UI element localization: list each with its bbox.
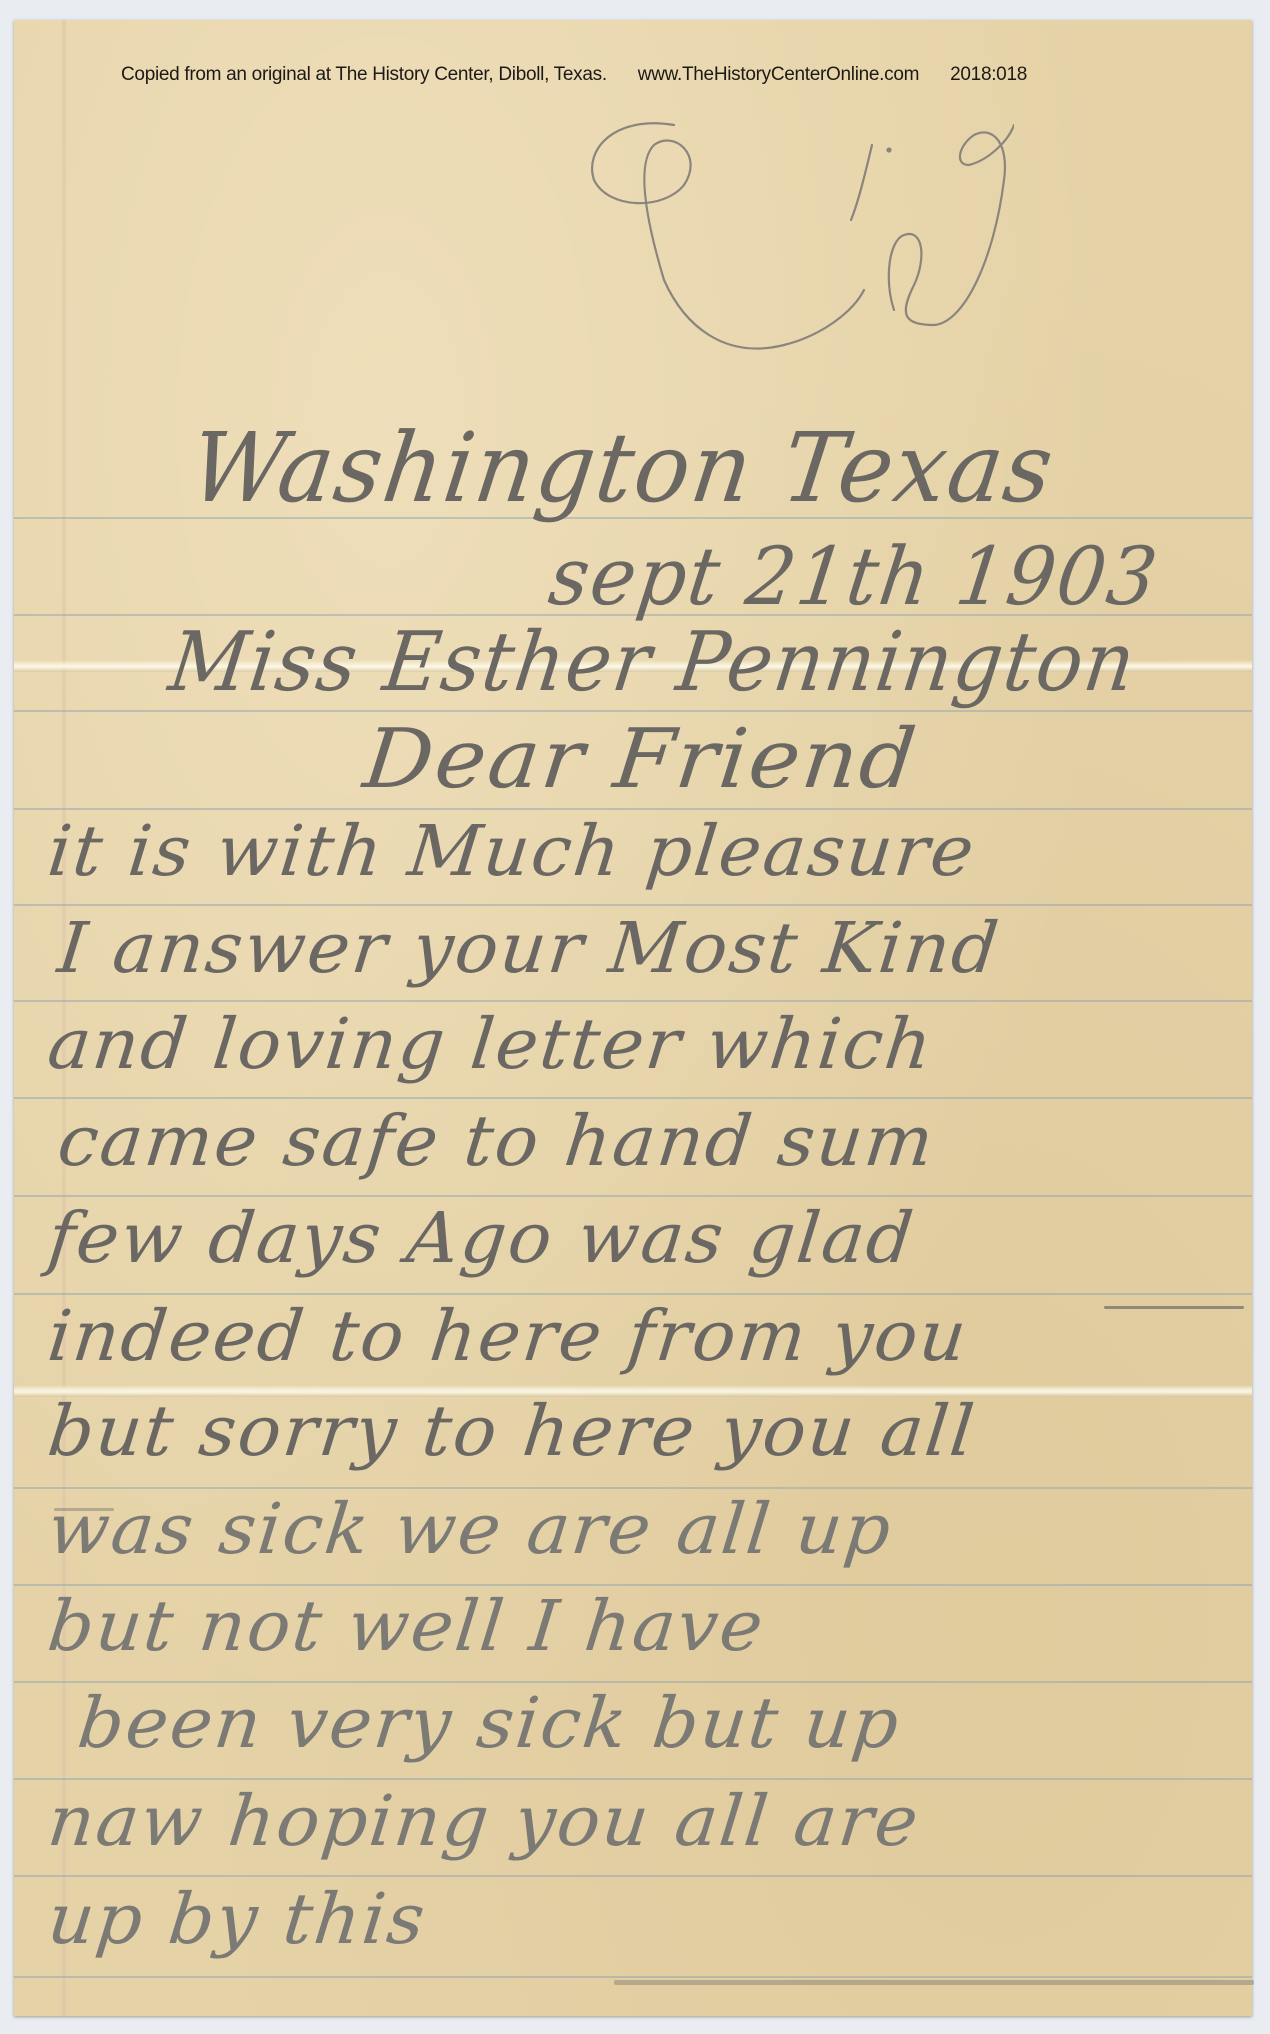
letter-page: Copied from an original at The History C… [14, 20, 1252, 2016]
monogram-icon [554, 110, 1014, 370]
letter-body-line: and loving letter which [44, 1003, 938, 1085]
letter-body-line: but not well I have [44, 1585, 769, 1667]
letter-body-line: indeed to here from you [44, 1295, 972, 1377]
letter-place: Washington Texas [184, 412, 1061, 524]
letter-recipient: Miss Esther Pennington [164, 615, 1142, 710]
ruled-line [14, 1000, 1252, 1002]
letter-body-line: few days Ago was glad [44, 1197, 919, 1279]
ruled-line [14, 1976, 1252, 1978]
letter-date: sept 21th 1903 [544, 530, 1164, 623]
letter-body-line: was sick we are all up [44, 1488, 896, 1570]
ruled-line [14, 1875, 1252, 1877]
archive-website[interactable]: www.TheHistoryCenterOnline.com [638, 64, 919, 85]
pencil-underline [54, 1508, 114, 1511]
letter-body-line: naw hoping you all are [44, 1780, 924, 1862]
letter-salutation: Dear Friend [359, 712, 922, 807]
pencil-dash [1104, 1306, 1244, 1309]
ruled-line [14, 904, 1252, 906]
archive-accession: 2018:018 [950, 64, 1027, 85]
letter-body-line: but sorry to here you all [44, 1390, 980, 1472]
ruled-line [14, 1097, 1252, 1099]
letter-body-line: it is with Much pleasure [44, 810, 980, 892]
archive-note: Copied from an original at The History C… [121, 64, 1181, 86]
letter-body-line: up by this [44, 1878, 430, 1960]
pencil-closing-line [614, 1980, 1254, 1985]
archive-source: Copied from an original at The History C… [121, 64, 607, 85]
letter-body-line: been very sick but up [74, 1682, 904, 1764]
letter-body-line: came safe to hand sum [54, 1100, 939, 1182]
letter-body-line: I answer your Most Kind [54, 907, 1004, 989]
